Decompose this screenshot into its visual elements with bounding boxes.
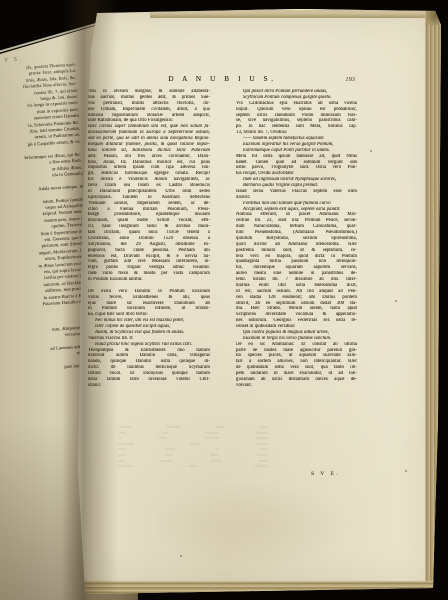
text-line: id est, sacrum ostium. Ab illo aliquot a… bbox=[236, 289, 357, 295]
verso-running-header-fragment: V S. bbox=[4, 56, 23, 63]
text-line: ur Albius Ænus, bbox=[0, 164, 82, 176]
text-line: ia, Sclavonia Pannonia &c. bbox=[0, 119, 80, 131]
text-line: cen stadia 120 enumerat; ubi Darius pont… bbox=[236, 295, 357, 301]
text-line: em, qui supra lavacrum bbox=[3, 266, 89, 278]
text-column-left: rens in alveum margine, & subinde allabe… bbox=[88, 89, 210, 389]
text-column-right: Qui possit intra Pontum pertundere undas… bbox=[236, 89, 357, 389]
text-line: ola in Germania bbox=[0, 170, 83, 182]
corner-flaw bbox=[427, 11, 439, 25]
text-line: Viennam salutat, Imperialem sedem, ac de… bbox=[88, 201, 210, 207]
text-line: Christiano, anno Domini 1529 obsessa à bbox=[88, 236, 210, 242]
text-line: variis fecere, Eratosthenes & alii, quos bbox=[88, 295, 210, 301]
text-line: viatum peto, usque ad bbox=[0, 215, 86, 227]
text-line: usque ad Axiopolim, bbox=[0, 202, 85, 214]
text-line: pugnavit, facta clade pessima. Pestham u… bbox=[88, 248, 210, 254]
text-line: devolvit anno domini bbox=[117, 463, 267, 469]
text-line: adit, Passau, ubi tres arces coronantur,… bbox=[88, 154, 210, 160]
text-line: burgum dilatatur flumine, posita, & quod… bbox=[88, 142, 210, 148]
text-line: tam cinctam, quam nunc Turcæ tenent à bbox=[88, 230, 210, 236]
text-line bbox=[0, 145, 81, 157]
header-row: D A N U B I U S. 193 bbox=[88, 75, 357, 86]
text-line: Adala novat cumque, in bbox=[0, 183, 84, 195]
text-line: nec Ulmam, Imperialem civitatem, alluit,… bbox=[88, 107, 210, 113]
text-line: ala, quarum Flumina navi- bbox=[0, 62, 76, 74]
text-line: Istrum vocat. Et Dionysius quinque tantu… bbox=[88, 371, 210, 377]
foxing-speck bbox=[180, 555, 182, 557]
text-line: in Danubium præcipitantem. Urbs olim sed… bbox=[88, 189, 210, 195]
text-line: rens in alveum margine, & subinde allabe… bbox=[88, 89, 210, 95]
text-line: lavilia per vastum luca- bbox=[3, 273, 89, 285]
text-line: petu undarum in mare exacuuntur, ut ad l… bbox=[236, 371, 357, 377]
text-line: Solymanno, die 29 Augusti, obsidione ex- bbox=[88, 242, 210, 248]
text-line: s fine ortus flum. bbox=[0, 158, 82, 170]
text-line: briorumque est Ænus, qui &c. bbox=[0, 151, 82, 163]
text-line: tinis, Ænus, Isla, Bela, &c. bbox=[0, 75, 77, 87]
text-line: ostia tantum Istro invenisse videtur Chr… bbox=[88, 377, 210, 383]
text-line: letur. Strabo lib. 7 dissimile ab illis.… bbox=[236, 277, 357, 283]
text-line: em. Getarum, qua non bbox=[1, 234, 87, 246]
text-line: rum, Ænipontis anni- bbox=[6, 324, 92, 336]
text-line bbox=[5, 305, 91, 317]
text-line: tium in expositis nunc bbox=[0, 107, 79, 119]
text-line bbox=[0, 190, 84, 202]
show-through-text: murum Danubii ripis atqueinde per campos… bbox=[117, 424, 269, 469]
text-line: iatum, Pontus Janutis, bbox=[0, 196, 84, 208]
page-block-edge-top bbox=[150, 9, 442, 18]
text-line: riis, bbox=[5, 311, 91, 323]
text-line: ortum, ut Padinarum av. bbox=[0, 132, 81, 144]
text-line: volvant. bbox=[236, 383, 357, 389]
text-line: noverunt etiam Danubii bbox=[0, 113, 79, 125]
text-line: Jalprad. Nomen inde à bbox=[0, 209, 85, 221]
text-line: Vix Callimachus ejus enarratos ait ostia… bbox=[236, 101, 357, 107]
text-line: Patavium Danubio milia- bbox=[4, 298, 90, 310]
text-line: lium è Septentrione ma- bbox=[0, 228, 86, 240]
text-line: ria longa in expositis mon- bbox=[0, 100, 79, 112]
text-line: ungari, Moldavorum, Hu- bbox=[1, 247, 87, 259]
text-line: De eo sic Ammianus: Et constat ab ultima bbox=[236, 342, 357, 348]
text-line: sed ea parte, qua se adit in amnis sinu … bbox=[88, 136, 210, 142]
page-block-edge-right bbox=[425, 10, 442, 592]
foxing-speck bbox=[395, 300, 397, 302]
page-number: 193 bbox=[345, 76, 355, 83]
text-line: pii è Carpathis ortum, & va. bbox=[0, 138, 81, 150]
text-line: postrema minora sunt, ut & septimum, ce- bbox=[236, 248, 357, 254]
text-line bbox=[0, 177, 83, 189]
text-line: gracia: Ister, antiquis La- bbox=[0, 68, 77, 80]
page-block-edge-bottom bbox=[80, 581, 436, 594]
text-line: marina enim libri ostia Hierostoma dixit… bbox=[236, 283, 357, 289]
text-line: læva Ilzam seu Ilsam ex Castris Boiemici… bbox=[88, 183, 210, 189]
text-line: Episcopalis. Tandem in Austriam deflecte… bbox=[88, 195, 210, 201]
text-line: vos pertransit, multis attractis fluviol… bbox=[88, 101, 210, 107]
foxing-speck bbox=[405, 470, 407, 472]
text-line: in mare labuntur quibus bbox=[118, 435, 268, 441]
signature-mark: S V E. bbox=[311, 471, 340, 477]
text-line: tum Pseudostoma, (Ammiano Pseudostomon,) bbox=[236, 230, 357, 236]
text-line: opolim. Transeunt bbox=[0, 222, 86, 234]
text-line: rbia, Istri nomine Croatiæ, bbox=[0, 126, 80, 138]
text-line: bus auctior, multas gentes adit, & primo… bbox=[88, 95, 210, 101]
text-line bbox=[6, 318, 92, 330]
text-line: orum, Kopilovicenses, bbox=[2, 254, 88, 266]
running-header: D A N U B I U S. bbox=[88, 75, 357, 83]
text-line: De exitu vero Danubii in Pontum Euxinum bbox=[88, 289, 210, 295]
text-line: inquit. Quorum vero opinio est probabili… bbox=[236, 107, 357, 113]
text-line: Mela tot ostia ipsum habuisse ait, quot … bbox=[236, 154, 357, 160]
text-line: versaria portio bbox=[6, 330, 92, 342]
text-line: quintum Borystoma, sextum Spireostoma, bbox=[236, 236, 357, 242]
text-line: ianorum, ac Bucklandos bbox=[3, 279, 89, 291]
text-line: quod dicitur ab Ammiano Stenostoma. Hæc bbox=[236, 242, 357, 248]
text-line: Haud procul hinc ingens Scythici ruit ex… bbox=[88, 342, 210, 348]
text-line: longa &. lati, donec bbox=[0, 94, 78, 106]
text-line: pictarum, sunt Silendia- bbox=[1, 241, 87, 253]
book-scan: V S. ala, quarum Flumina navi-gracia: Is… bbox=[0, 0, 448, 600]
text-line: murum Danubii ripis atque bbox=[119, 424, 269, 430]
foxing-speck bbox=[370, 150, 372, 152]
text-line: lo austro-Barcia è Bohe- bbox=[4, 292, 90, 304]
text-line: uilibrare, non procul ab bbox=[4, 286, 90, 298]
text-line: fluviatilia Nota alluvia, Suc- bbox=[0, 81, 77, 93]
text-line: conius lib. 7, qui etiam bbox=[0, 87, 78, 99]
text-line: gissimam ab ostiis distantiam dulces aqu… bbox=[236, 377, 357, 383]
text-line: stiano: bbox=[88, 383, 210, 389]
text-line: tuna loncem sit, Ratisbona dicitur. Hinc… bbox=[88, 148, 210, 154]
text-line: Haud secus Valerius Flaccus septem esse … bbox=[236, 189, 357, 195]
text-line: m Ænus lavacrum excipit, bbox=[2, 260, 88, 272]
text-line: palus iacet inter utrum- bbox=[118, 452, 268, 458]
